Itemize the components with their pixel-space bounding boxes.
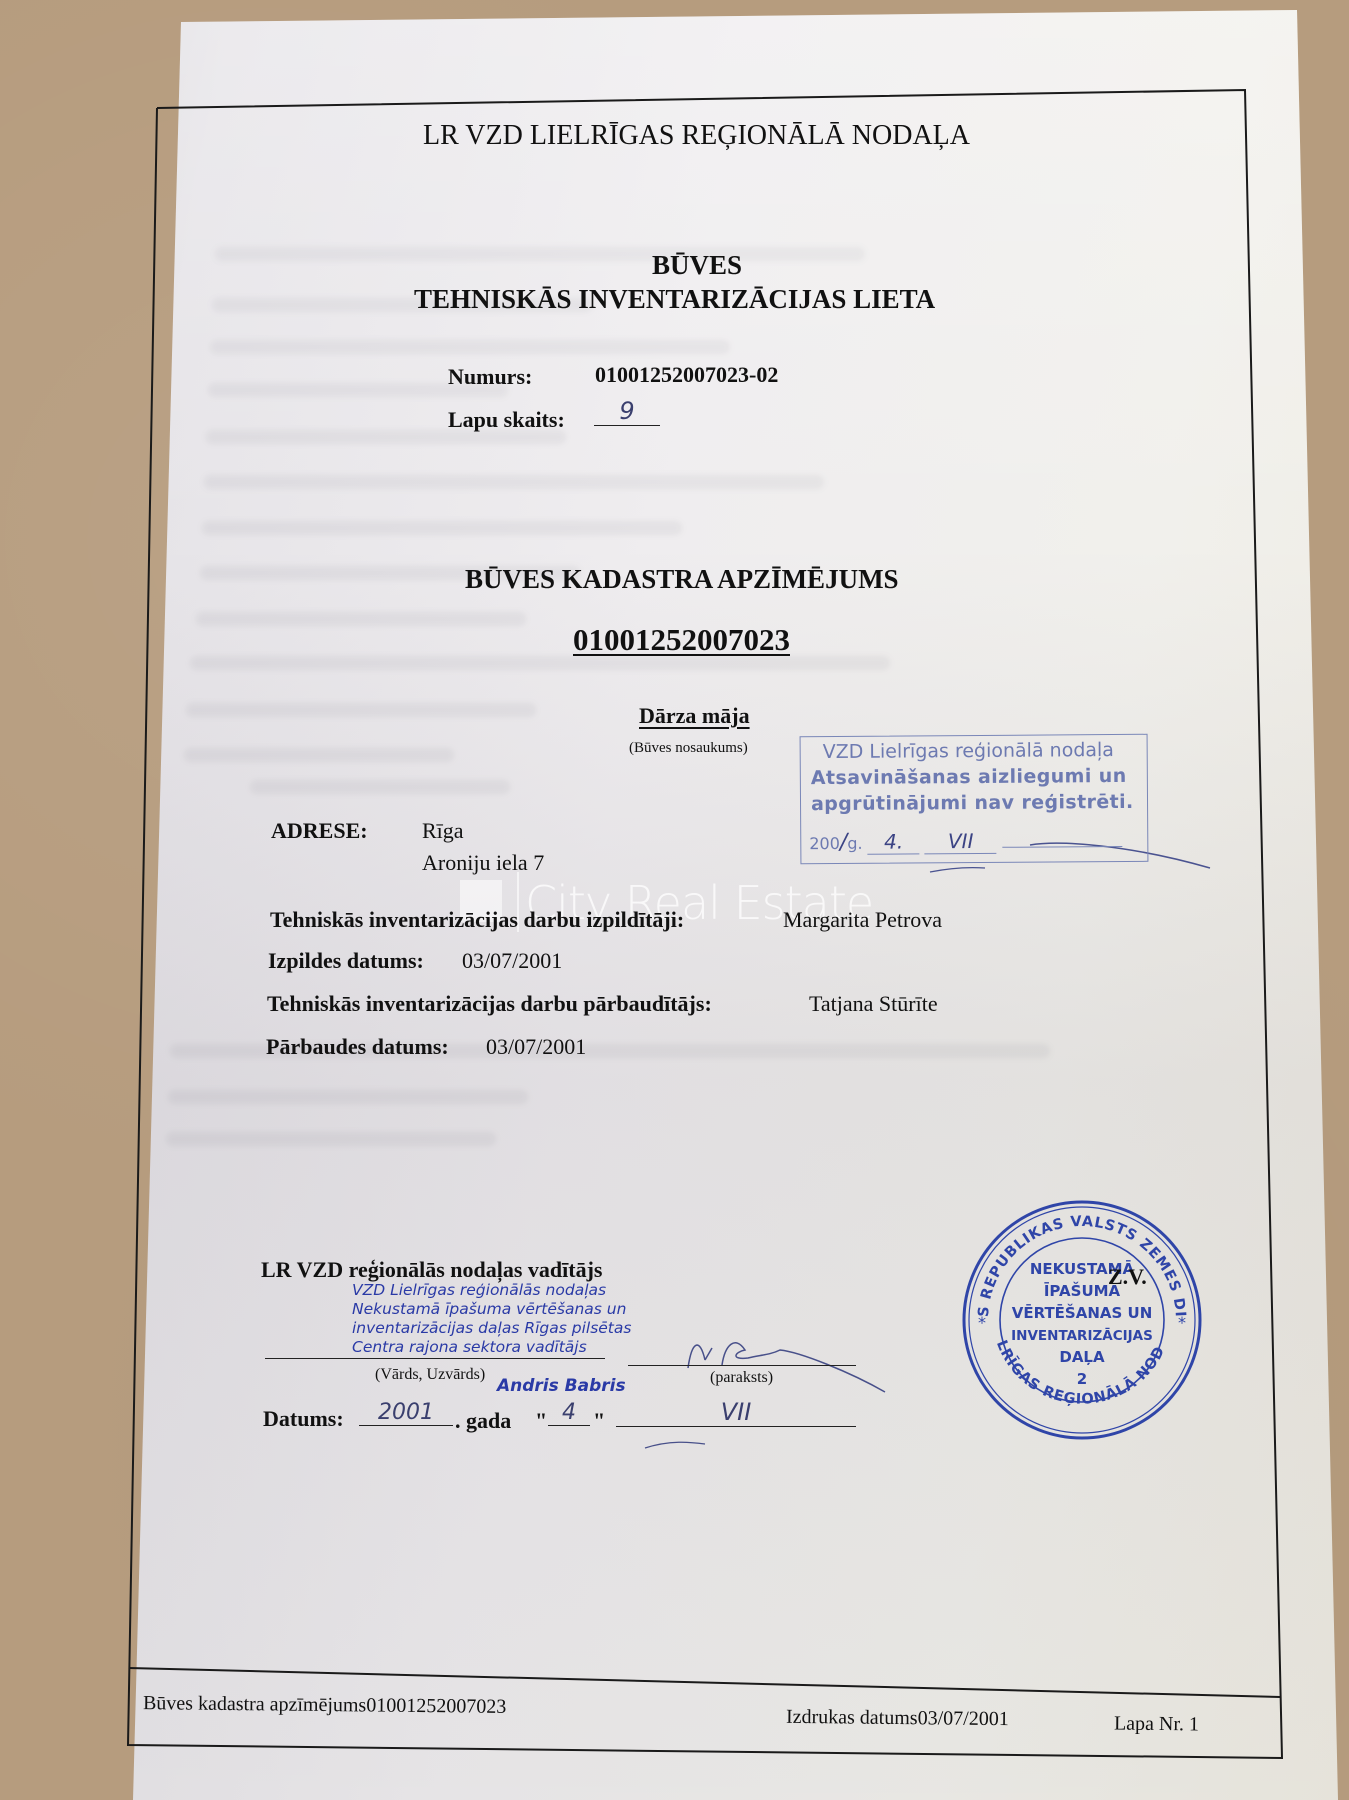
stamp-line-1: VZD Lielrīgas reģionālā nodaļa [823,739,1114,763]
svg-text:*: * [978,1313,986,1332]
signature-caption: (paraksts) [710,1369,773,1387]
svg-text:INVENTARIZĀCIJAS: INVENTARIZĀCIJAS [1011,1326,1153,1344]
inspector-value: Tatjana Stūrīte [809,991,938,1017]
title-line-2: TEHNISKĀS INVENTARIZĀCIJAS LIETA [414,284,935,315]
sign-date-day: 4 [548,1400,590,1426]
cadastre-heading: BŪVES KADASTRA APZĪMĒJUMS [465,564,899,595]
svg-text:DAĻA: DAĻA [1059,1348,1105,1366]
sign-date-month-field: VII [616,1398,856,1427]
signature-heading: LR VZD reģionālās nodaļas vadītājs [261,1257,602,1283]
stamp-line-2: Atsavināšanas aizliegumi un [811,765,1127,789]
performed-date-label: Izpildes datums: [268,948,424,974]
name-caption: (Vārds, Uzvārds) [375,1366,485,1384]
title-line-1: BŪVES [652,250,742,281]
performer-value: Margarita Petrova [783,907,942,933]
svg-text:*: * [1178,1313,1186,1332]
footer-print-date-value: 03/07/2001 [918,1707,1009,1730]
cadastre-number: 01001252007023 [573,622,790,658]
quote-open: " [535,1408,547,1434]
stamp-year-suffix: g. [847,834,862,853]
footer-cadastre-label: Būves kadastra apzīmējums [143,1692,366,1716]
address-city: Rīga [422,818,464,844]
footer-cadastre-value: 01001252007023 [366,1694,506,1717]
encumbrance-stamp: VZD Lielrīgas reģionālā nodaļa Atsavināš… [800,734,1149,864]
sign-date-year: 2001 [359,1400,453,1426]
svg-text:VĒRTĒŠANAS UN: VĒRTĒŠANAS UN [1012,1302,1153,1322]
footer-cadastre: Būves kadastra apzīmējums01001252007023 [143,1692,507,1719]
head-stamp-line-4: Centra rajona sektora vadītājs [352,1338,631,1357]
pages-label: Lapu skaits: [448,407,565,433]
head-name: Andris Babris [497,1376,626,1396]
footer-print-date-label: Izdrukas datums [786,1706,918,1729]
quote-close: " [593,1408,605,1434]
number-value: 01001252007023-02 [595,362,778,388]
sign-date-day-field: 4 [548,1400,590,1426]
organization-header: LR VZD LIELRĪGAS REĢIONĀLĀ NODAĻA [423,120,970,152]
number-label: Numurs: [448,364,532,390]
stamp-day-hand: 4. [868,829,920,854]
round-seal-stamp: LATVIJAS REPUBLIKAS VALSTS ZEMES DIENEST… [958,1196,1206,1444]
head-stamp-line-1: VZD Lielrīgas reģionālās nodaļas [352,1281,631,1300]
address-label: ADRESE: [271,818,368,844]
sign-date-month: VII [616,1398,856,1427]
footer-print-date: Izdrukas datums03/07/2001 [786,1706,1009,1731]
zv-label: Z.V. [1108,1264,1147,1290]
inspector-label: Tehniskās inventarizācijas darbu pārbaud… [267,991,712,1017]
footer-page-number: Lapa Nr. 1 [1114,1713,1199,1737]
address-street: Aroniju iela 7 [422,850,544,876]
performer-label: Tehniskās inventarizācijas darbu izpildī… [270,907,684,933]
building-name: Dārza māja [639,703,750,729]
svg-text:2: 2 [1077,1370,1087,1388]
inspection-date-label: Pārbaudes datums: [266,1034,449,1060]
stamp-line-3: apgrūtinājumi nav reģistrēti. [811,791,1134,815]
signature-line [628,1365,856,1366]
stamp-year-prefix: 200 [809,834,840,853]
inspection-date-value: 03/07/2001 [486,1034,586,1060]
stamp-month-hand: VII [925,829,997,855]
building-name-caption: (Būves nosaukums) [629,740,748,757]
head-stamp-line-3: inventarizācijas daļas Rīgas pilsētas [352,1319,631,1338]
pages-value: 9 [594,397,660,426]
sign-date-year-field: 2001 [359,1400,453,1426]
performed-date-value: 03/07/2001 [462,948,562,974]
pages-field: 9 [594,397,660,426]
head-stamp-line-2: Nekustamā īpašuma vērtēšanas un [352,1300,631,1319]
stamp-date-line: 200/g. 4. VII [809,828,1122,855]
gada-label: . gada [455,1408,511,1434]
name-line [265,1358,605,1359]
head-name-stamp: VZD Lielrīgas reģionālās nodaļas Nekusta… [352,1281,631,1357]
sign-date-label: Datums: [263,1406,344,1432]
document-photo: LR VZD LIELRĪGAS REĢIONĀLĀ NODAĻA BŪVES … [0,0,1349,1800]
